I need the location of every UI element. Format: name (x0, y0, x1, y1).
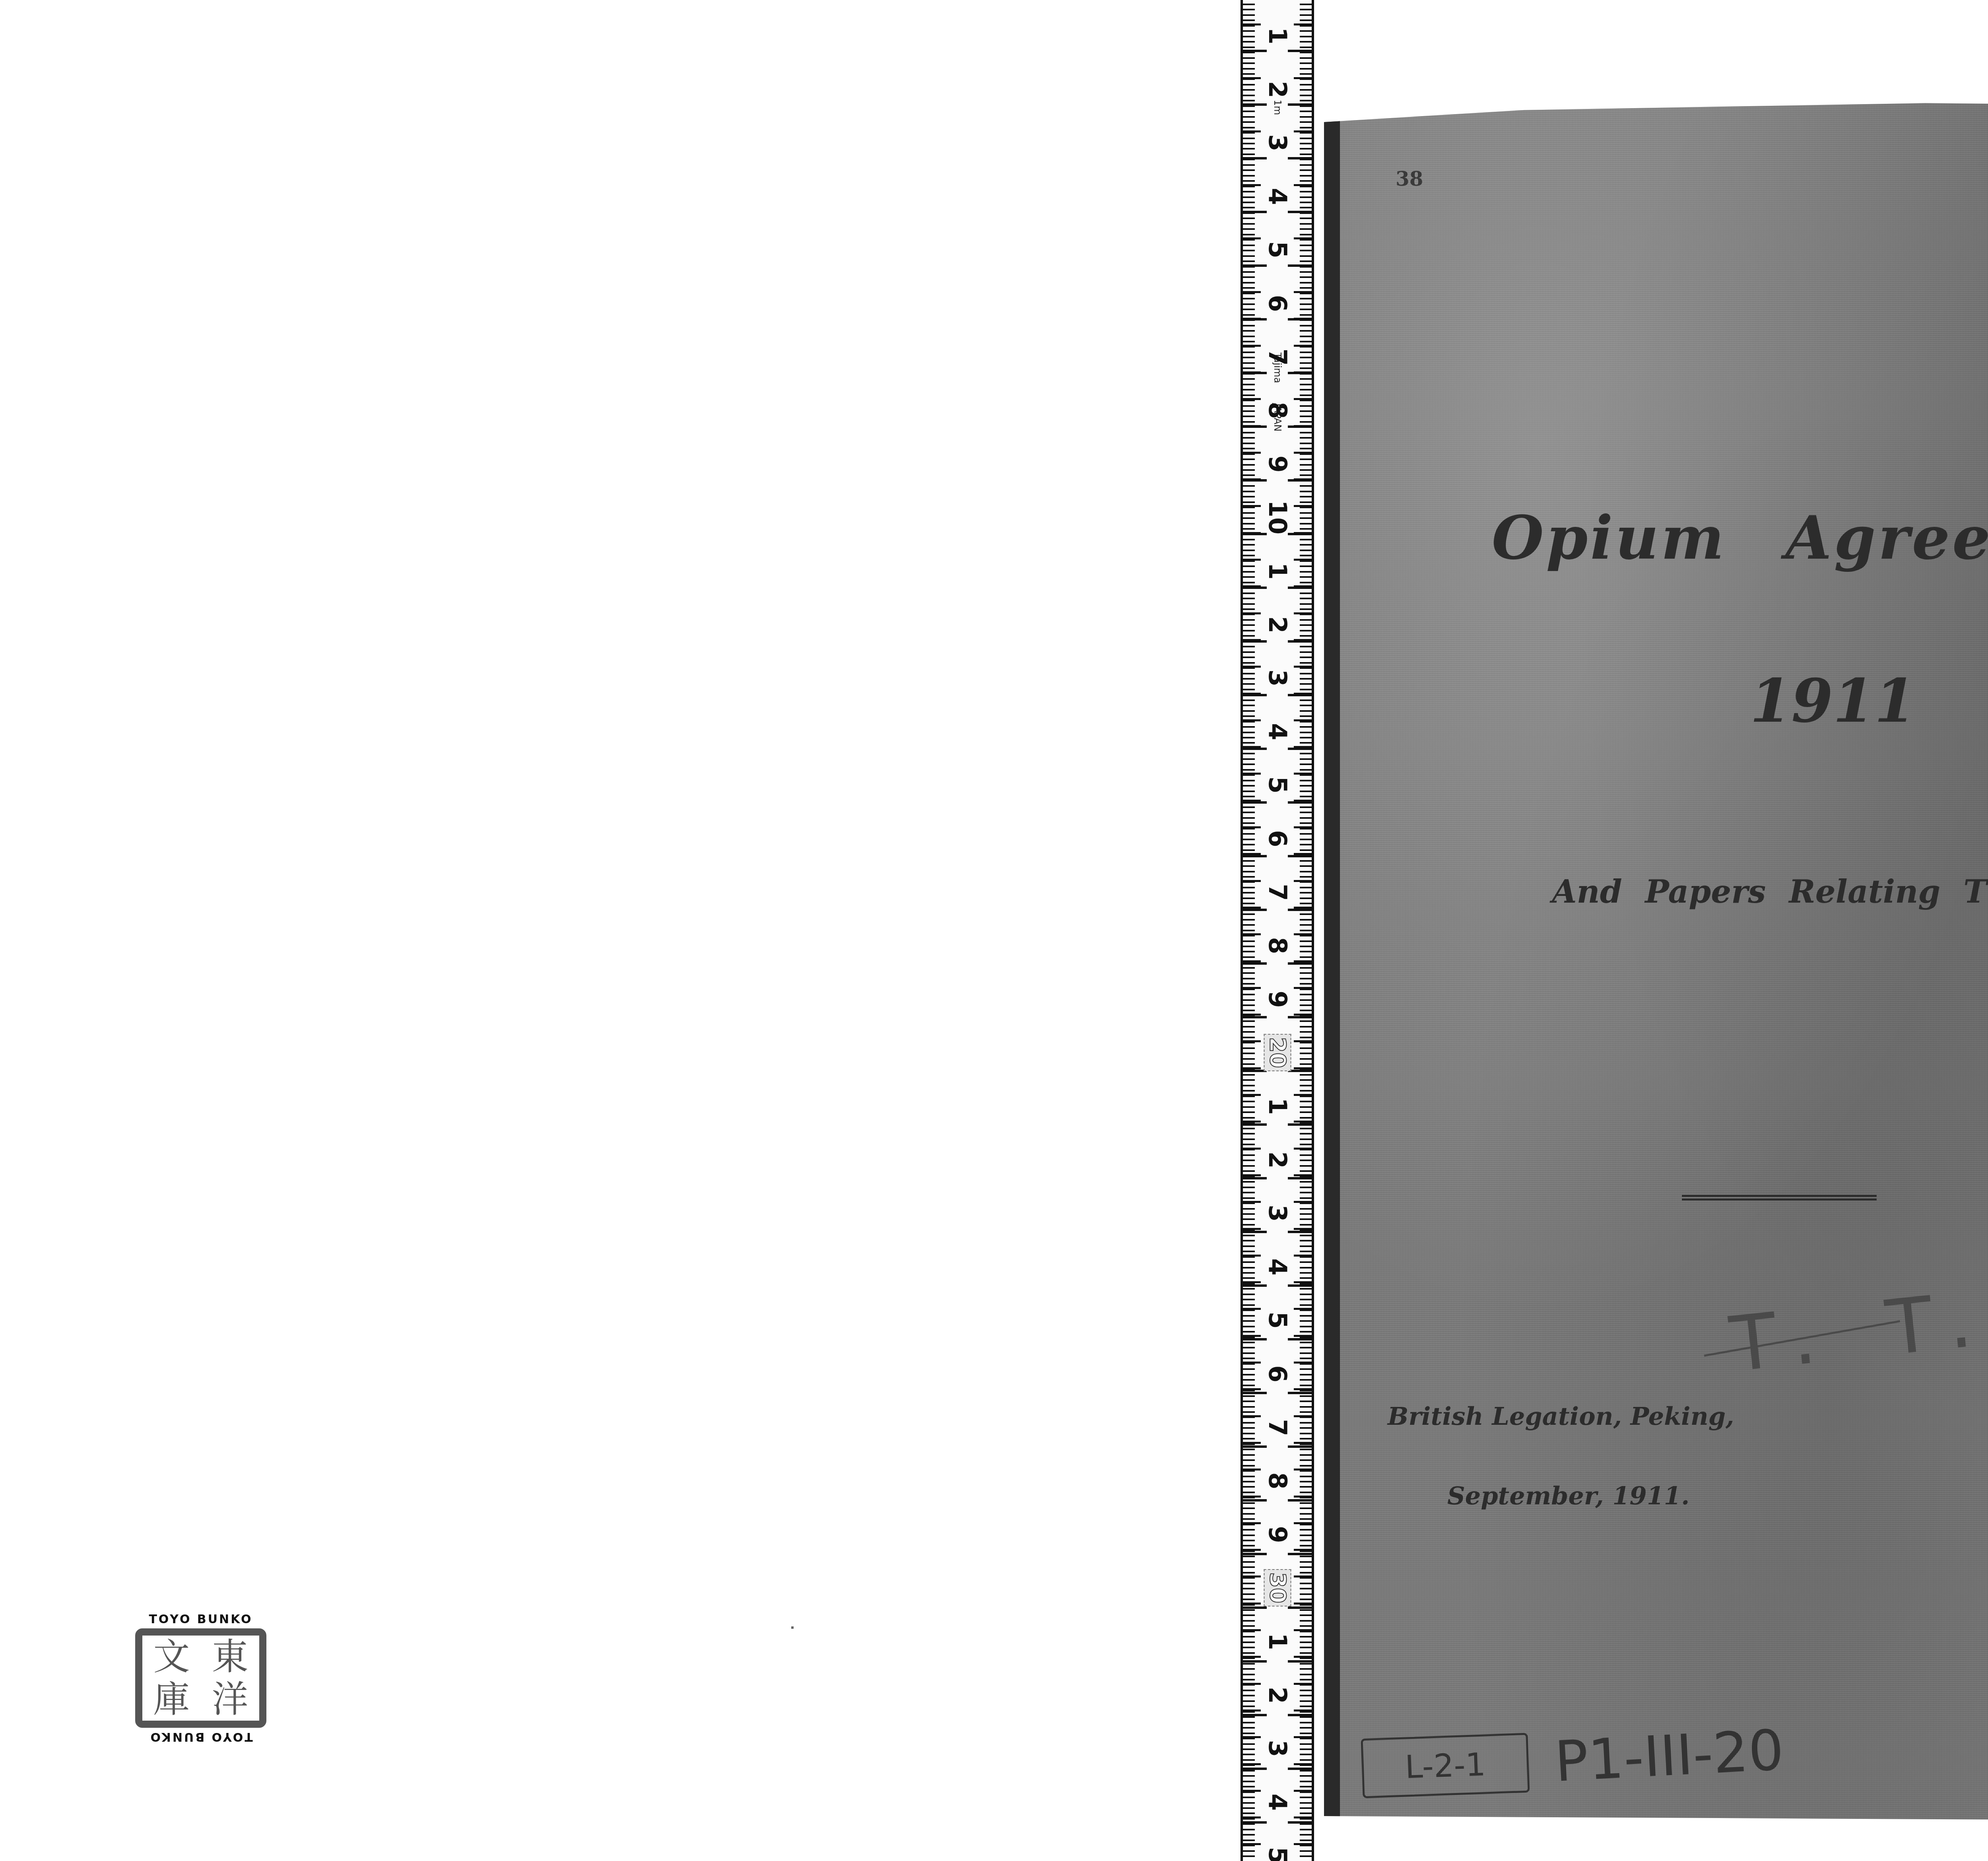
ruler-ticks-left (1243, 0, 1267, 1861)
ruler-number: 6 (1263, 1365, 1292, 1382)
double-rule-divider (1682, 1195, 1877, 1201)
ruler-number: 3 (1263, 1740, 1292, 1757)
ruler-number: 5 (1263, 1847, 1292, 1861)
seal-glyph: 洋 (212, 1681, 248, 1718)
ruler-number: 2 (1263, 81, 1292, 98)
ruler-number: 7 (1263, 884, 1292, 901)
seal-label-top: TOYO BUNKO (127, 1612, 274, 1627)
ruler-number: 4 (1263, 1258, 1292, 1275)
ruler-number: 3 (1263, 1205, 1292, 1222)
ruler-number: 4 (1263, 188, 1292, 205)
ruler-number: 7 (1263, 348, 1292, 365)
corner-mark: 38 (1396, 167, 1423, 190)
ruler-number: 1 (1263, 562, 1292, 579)
ruler-number: 1 (1263, 1098, 1292, 1115)
ruler-number: 9 (1263, 455, 1292, 472)
cover-subtitle: And Papers Relating Thereto. (1340, 873, 1988, 910)
ruler-number: 8 (1263, 937, 1292, 954)
call-label-box: L-2-1 (1361, 1733, 1530, 1799)
ruler-number: 8 (1263, 402, 1292, 419)
book-cover: 38 Opium Agreement 1911 And Papers Relat… (1324, 101, 1988, 1821)
ruler-number: 5 (1263, 1312, 1292, 1329)
ruler-number: 5 (1263, 241, 1292, 258)
publisher-line: British Legation, Peking, (1388, 1402, 1734, 1431)
seal-glyph: 文 (153, 1639, 190, 1675)
ruler-number: 30 (1264, 1569, 1291, 1607)
ruler-number: 20 (1264, 1034, 1291, 1071)
ruler-ticks-right (1288, 0, 1312, 1861)
cover-year: 1911 (1340, 666, 1988, 736)
measuring-ruler: Tajima JAPAN 1m 123456789101234567892012… (1241, 0, 1314, 1861)
ruler-unit-mark: 1m (1272, 100, 1283, 115)
ruler-number: 1 (1263, 27, 1292, 44)
ruler-number: 2 (1263, 1151, 1292, 1168)
ruler-number: 5 (1263, 777, 1292, 794)
ruler-number: 4 (1263, 723, 1292, 740)
seal-glyph: 庫 (153, 1681, 190, 1718)
scan-speck (791, 1626, 794, 1629)
ruler-number: 6 (1263, 295, 1292, 312)
toyo-bunko-seal-bottom-left: TOYO BUNKO 文 東 庫 洋 TOYO BUNKO (127, 1612, 274, 1744)
date-line: September, 1911. (1447, 1481, 1690, 1510)
seal-label-bottom: TOYO BUNKO (127, 1729, 274, 1744)
seal-glyph: 東 (212, 1639, 248, 1675)
ruler-number: 9 (1263, 1526, 1292, 1543)
ruler-number: 2 (1263, 616, 1292, 633)
ruler-number: 3 (1263, 670, 1292, 687)
ruler-number: 1 (1263, 1633, 1292, 1650)
ruler-number: 2 (1263, 1686, 1292, 1704)
ruler-number: 8 (1263, 1472, 1292, 1490)
handwritten-initials: T. T. K. (1726, 1256, 1988, 1389)
call-number: P1-III-20 (1553, 1718, 1785, 1795)
ruler-number: 7 (1263, 1419, 1292, 1436)
ruler-number: 9 (1263, 991, 1292, 1008)
seal-glyph-box: 文 東 庫 洋 (135, 1628, 266, 1728)
cover-title: Opium Agreement (1340, 503, 1988, 573)
ruler-number: 10 (1263, 500, 1292, 534)
ruler-number: 4 (1263, 1793, 1292, 1810)
ruler-number: 3 (1263, 134, 1292, 152)
ruler-number: 6 (1263, 830, 1292, 847)
